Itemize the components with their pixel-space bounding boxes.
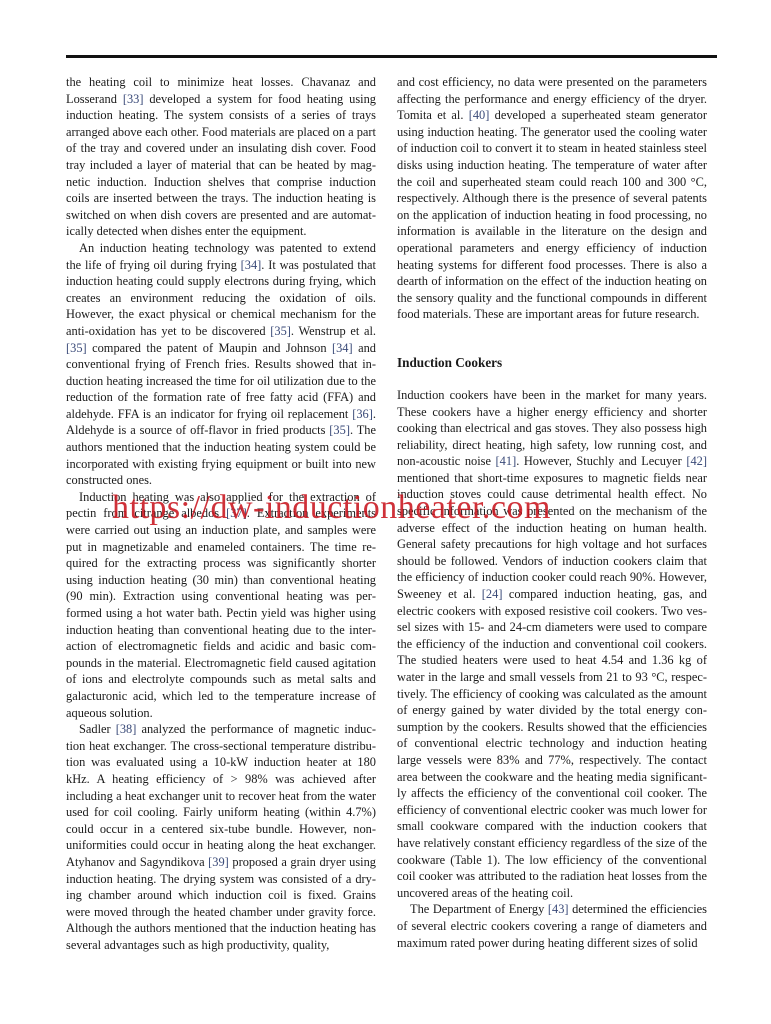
paragraph: the heating coil to minimize heat losses…	[66, 74, 376, 240]
paragraph: Induction heating was also applied for t…	[66, 489, 376, 721]
paragraph-text: . However, Stuchly and Lecuyer	[516, 454, 686, 468]
right-column-body: Induction cookers have been in the marke…	[397, 387, 707, 951]
right-column: and cost efficiency, no data were presen…	[397, 74, 707, 951]
citation-link[interactable]: [37]	[226, 506, 247, 520]
citation-link[interactable]: [41]	[496, 454, 517, 468]
header-rule	[66, 55, 717, 58]
paragraph: and cost efficiency, no data were presen…	[397, 74, 707, 323]
paragraph-text: Sadler	[79, 722, 116, 736]
section-heading-induction-cookers: Induction Cookers	[397, 354, 707, 372]
citation-link[interactable]: [36]	[352, 407, 373, 421]
citation-link[interactable]: [39]	[208, 855, 229, 869]
left-column: the heating coil to minimize heat losses…	[66, 74, 376, 953]
right-column-intro: and cost efficiency, no data were presen…	[397, 74, 707, 323]
citation-link[interactable]: [35]	[66, 341, 87, 355]
citation-link[interactable]: [24]	[482, 587, 503, 601]
citation-link[interactable]: [42]	[686, 454, 707, 468]
citation-link[interactable]: [40]	[469, 108, 490, 122]
citation-link[interactable]: [38]	[116, 722, 137, 736]
citation-link[interactable]: [43]	[548, 902, 569, 916]
paragraph-text: . Extraction experiments were carried ou…	[66, 506, 376, 719]
citation-link[interactable]: [35]	[270, 324, 291, 338]
citation-link[interactable]: [34]	[241, 258, 262, 272]
paragraph-text: The Department of Energy	[410, 902, 548, 916]
paragraph: An induction heating technology was pate…	[66, 240, 376, 489]
paragraph-text: mentioned that short-time exposures to m…	[397, 471, 707, 601]
paragraph: Induction cookers have been in the marke…	[397, 387, 707, 901]
paragraph: The Department of Energy [43] determined…	[397, 901, 707, 951]
paragraph: Sadler [38] analyzed the performance of …	[66, 721, 376, 953]
citation-link[interactable]: [33]	[123, 92, 144, 106]
paragraph-text: developed a superheated steam generator …	[397, 108, 707, 321]
paragraph-text: analyzed the performance of magnetic ind…	[66, 722, 376, 869]
citation-link[interactable]: [34]	[332, 341, 353, 355]
paragraph-text: developed a system for food heating usin…	[66, 92, 376, 239]
paragraph-text: . Wenstrup et al.	[291, 324, 376, 338]
paragraph-text: compared the patent of Maupin and Johnso…	[87, 341, 332, 355]
citation-link[interactable]: [35]	[329, 423, 350, 437]
paragraph-text: compared induction heating, gas, and ele…	[397, 587, 707, 900]
paragraph-text: proposed a grain dryer using induction h…	[66, 855, 376, 952]
